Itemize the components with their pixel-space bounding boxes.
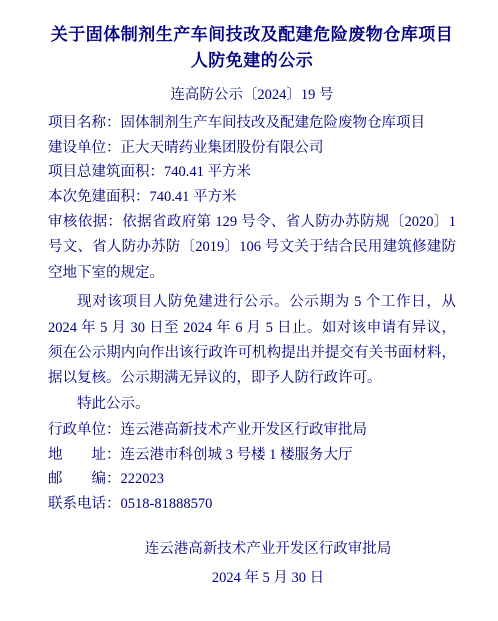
- field-admin-unit: 行政单位：连云港高新技术产业开发区行政审批局: [48, 418, 456, 443]
- field-value: 222023: [121, 471, 165, 487]
- field-label: 项目名称：: [48, 115, 121, 131]
- field-value: 740.41 平方米: [150, 189, 237, 205]
- field-value: 正大天晴药业集团股份有限公司: [121, 140, 324, 156]
- announcement-paragraph: 现对该项目人防免建进行公示。公示期为 5 个工作日，从 2024 年 5 月 3…: [48, 290, 456, 392]
- signature-org: 连云港高新技术产业开发区行政审批局: [80, 537, 456, 562]
- field-value: 连云港市科创城 3 号楼 1 楼服务大厅: [121, 447, 353, 463]
- field-value: 740.41 平方米: [164, 164, 251, 180]
- field-label: 邮 编：: [48, 471, 121, 487]
- review-basis-paragraph: 审核依据：依据省政府第 129 号令、省人防办苏防规〔2020〕1 号文、省人防…: [48, 210, 456, 286]
- field-project-name: 项目名称：固体制剂生产车间技改及配建危险废物仓库项目: [48, 111, 456, 136]
- signature-date: 2024 年 5 月 30 日: [80, 566, 456, 591]
- field-value: 连云港高新技术产业开发区行政审批局: [121, 422, 368, 438]
- notice-page: { "colors": { "text": "#000080", "backgr…: [0, 0, 498, 621]
- closing-line: 特此公示。: [48, 392, 456, 417]
- contact-block: 行政单位：连云港高新技术产业开发区行政审批局 地 址：连云港市科创城 3 号楼 …: [48, 418, 456, 516]
- title-line-2: 人防免建的公示: [42, 48, 462, 74]
- title-line-1: 关于固体制剂生产车间技改及配建危险废物仓库项目: [42, 22, 462, 48]
- field-label: 建设单位：: [48, 140, 121, 156]
- field-address: 地 址：连云港市科创城 3 号楼 1 楼服务大厅: [48, 443, 456, 468]
- page-title: 关于固体制剂生产车间技改及配建危险废物仓库项目 人防免建的公示: [42, 22, 462, 74]
- field-value: 固体制剂生产车间技改及配建危险废物仓库项目: [121, 115, 426, 131]
- field-phone: 联系电话：0518-81888570: [48, 492, 456, 517]
- field-postal-code: 邮 编：222023: [48, 467, 456, 492]
- field-construction-unit: 建设单位：正大天晴药业集团股份有限公司: [48, 136, 456, 161]
- field-label: 项目总建筑面积：: [48, 164, 164, 180]
- notice-document: 关于固体制剂生产车间技改及配建危险废物仓库项目 人防免建的公示 连高防公示〔20…: [0, 0, 498, 591]
- field-label: 本次免建面积：: [48, 189, 150, 205]
- field-label: 行政单位：: [48, 422, 121, 438]
- field-exempted-area: 本次免建面积：740.41 平方米: [48, 185, 456, 210]
- field-label: 联系电话：: [48, 496, 121, 512]
- signature-block: 连云港高新技术产业开发区行政审批局 2024 年 5 月 30 日: [48, 537, 456, 591]
- field-value: 0518-81888570: [121, 496, 213, 512]
- field-total-floor-area: 项目总建筑面积：740.41 平方米: [48, 160, 456, 185]
- document-number: 连高防公示〔2024〕19 号: [48, 83, 456, 108]
- field-label: 地 址：: [48, 447, 121, 463]
